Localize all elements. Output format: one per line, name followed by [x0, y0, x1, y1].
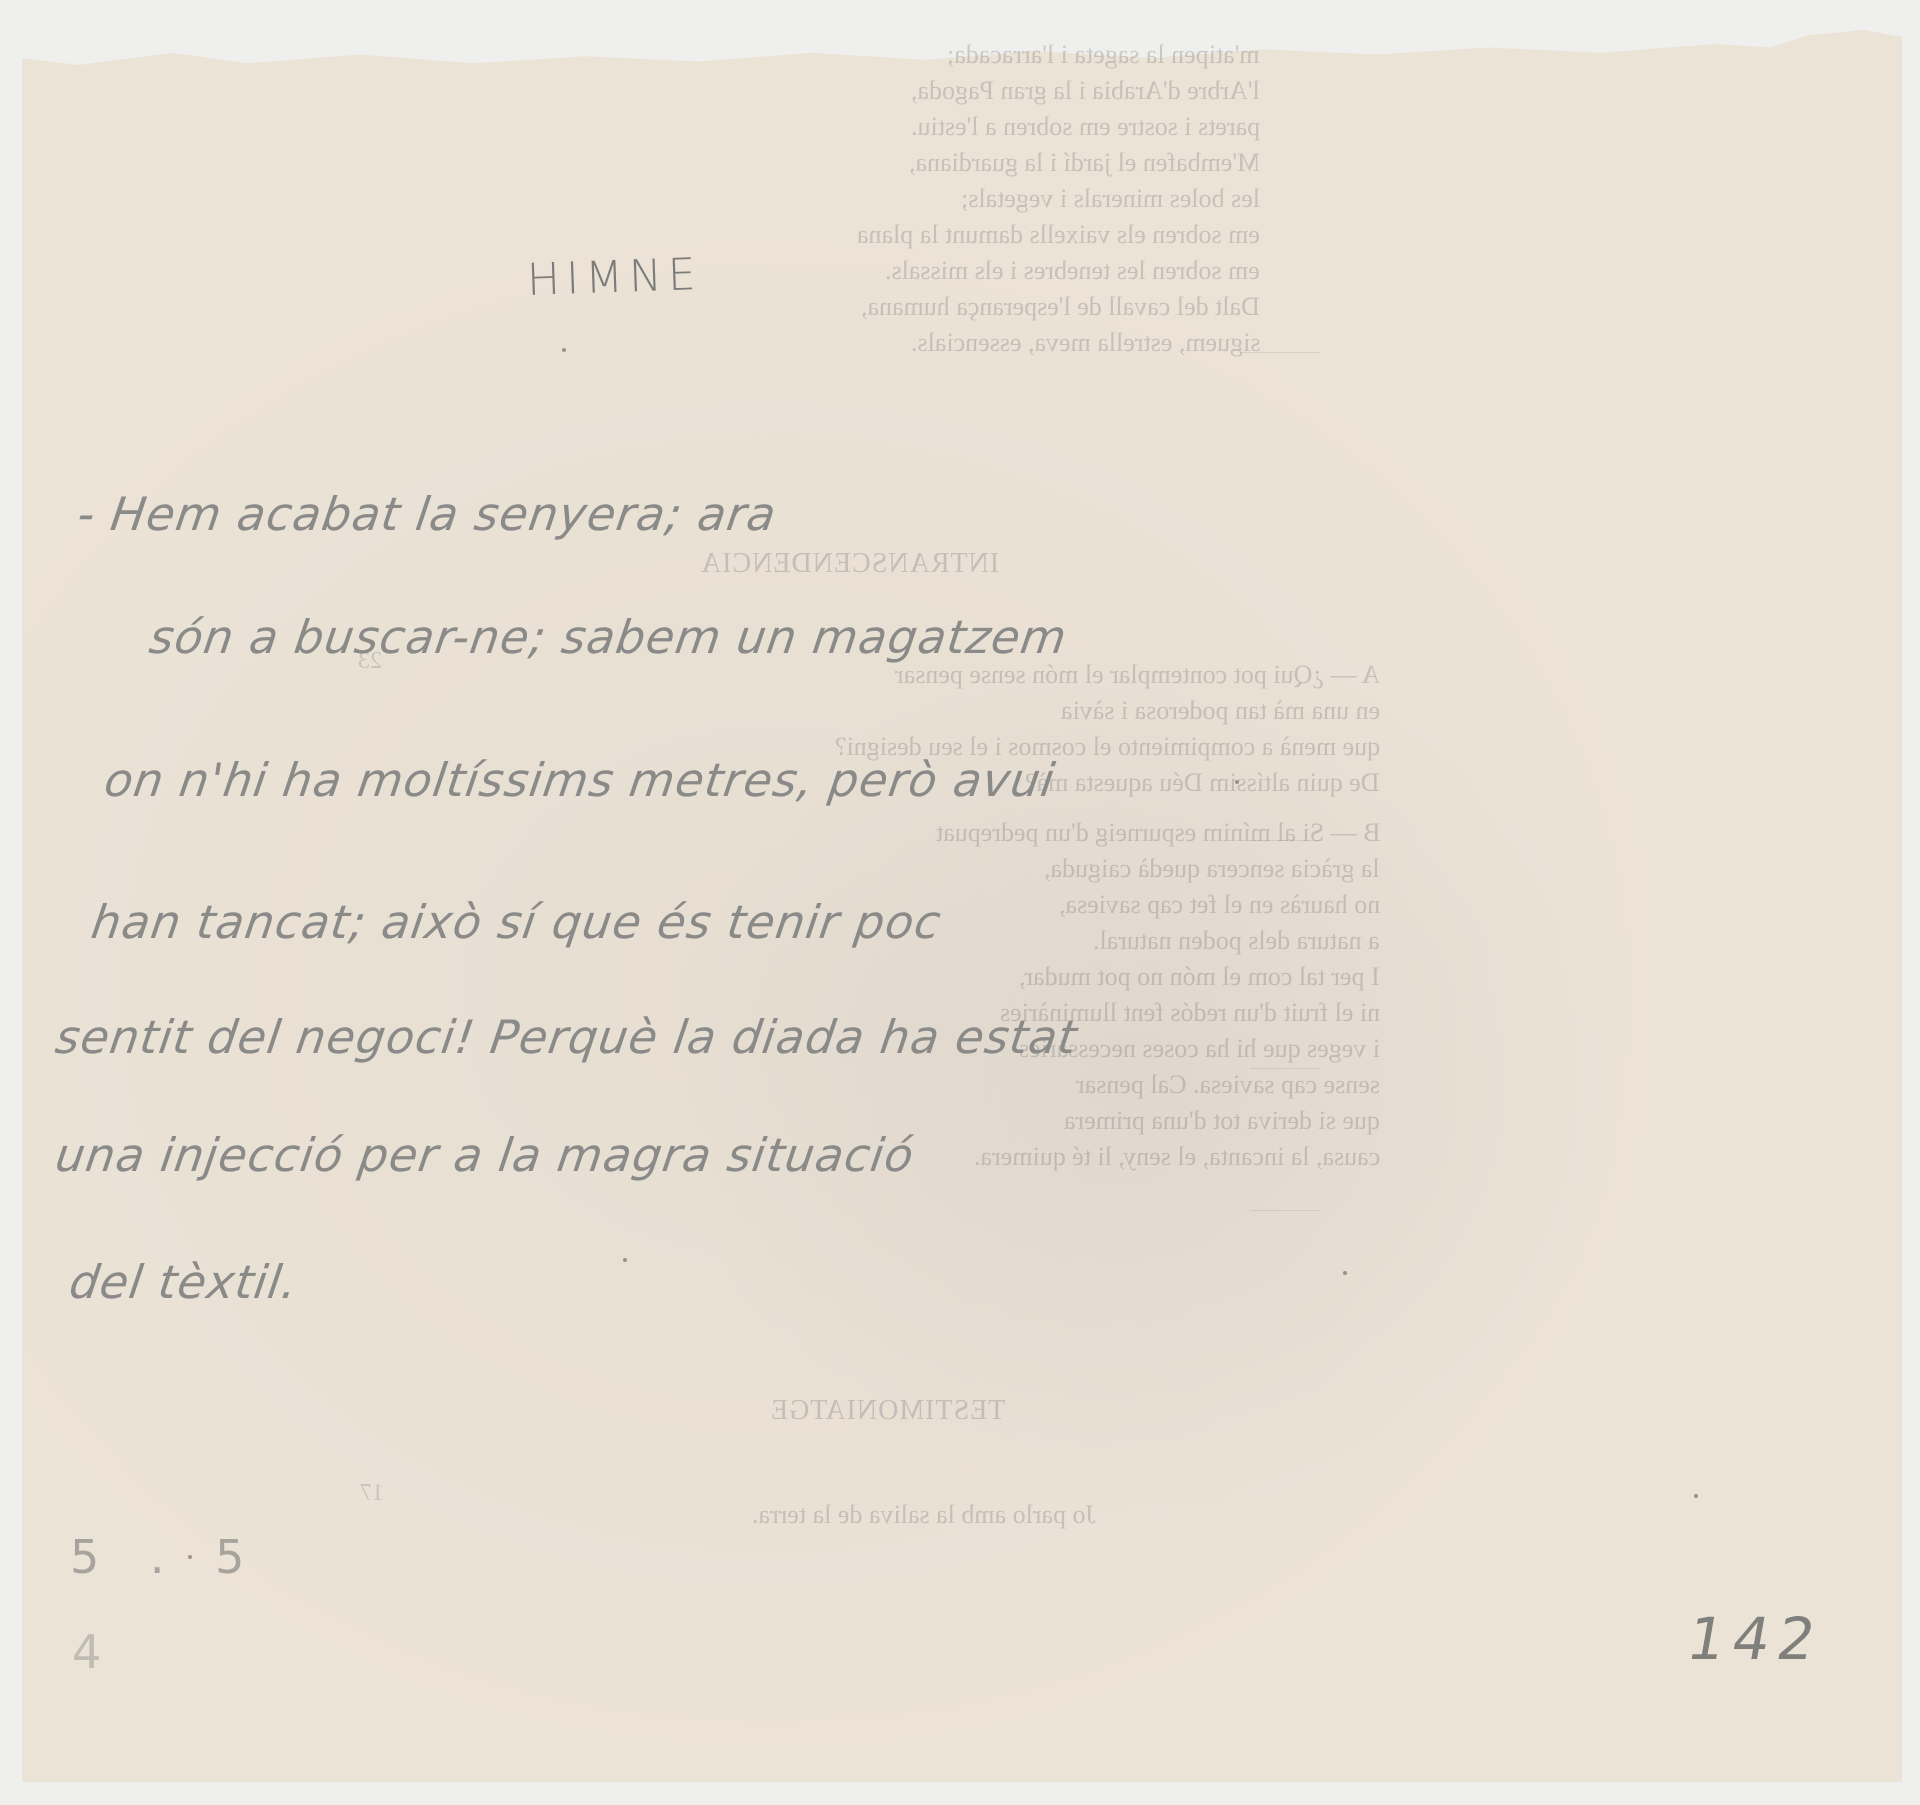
handwritten-line: on n'hi ha moltíssims metres, però avui: [101, 753, 1059, 807]
bleed-line: siguem, estrella meva, essencials.: [911, 328, 1260, 358]
bleed-line: a natura dels poden natural.: [1093, 926, 1380, 956]
bleed-line: em sobren les tenebres i els missals.: [885, 256, 1260, 286]
bleed-line: A — ¿Qui pot contemplar el món sense pen…: [895, 660, 1380, 690]
paper-speck: [188, 1555, 192, 1559]
paper-speck: [562, 348, 566, 352]
bleed-heading-1: INTRANSCENDENCIA: [700, 548, 999, 580]
bleed-line: sense cap saviesa. Cal pensar: [1076, 1070, 1380, 1100]
bleed-rule: [1250, 1068, 1320, 1069]
bleed-rule: [1250, 840, 1320, 841]
paper-speck: [1343, 1271, 1347, 1275]
handwritten-line: són a buscar-ne; sabem un magatzem: [146, 610, 1070, 664]
manuscript-title: HIMNE: [526, 249, 702, 306]
handwritten-line: han tancat; això sí que és tenir poc: [88, 895, 945, 949]
handwritten-line: una injecció per a la magra situació: [52, 1128, 918, 1182]
bleed-heading-2: TESTIMONIATGE: [770, 1395, 1005, 1427]
bleed-line: l'Arbre d'Arabia i la gran Pagoda,: [911, 76, 1260, 106]
paper-speck: [1235, 780, 1239, 784]
bleed-bottom-line: Jo parlo amb la saliva de la terra.: [752, 1500, 1096, 1530]
bleed-page-ref-2: 17: [360, 1480, 384, 1507]
bleed-line: em sobren els vaixells damunt la plana: [857, 220, 1260, 250]
bleed-line: causa, la incanta, el seny, li té quimer…: [974, 1142, 1380, 1172]
bleed-line: que si deriva tot d'una primera: [1064, 1106, 1380, 1136]
paper-speck: [623, 1258, 627, 1262]
bleed-line: en una mà tan poderosa i sàvia: [1061, 696, 1380, 726]
bleed-line: I per tal com el món no pot mudar,: [1019, 962, 1380, 992]
bleed-line: no hauràs en el fet cap saviesa,: [1059, 890, 1380, 920]
bleed-line: B — Si al mínim espurneig d'un pedrepuat: [936, 818, 1380, 848]
corner-mark-top: 5 . 5: [70, 1530, 262, 1584]
corner-mark-bottom: 4: [72, 1625, 101, 1679]
bleed-line: la gràcia sencera quedà caiguda,: [1044, 854, 1380, 884]
bleed-line: m'atipen la sageta i l'arracada;: [947, 40, 1260, 70]
bleed-line: De quin altíssim Déu aquesta mà?: [1025, 768, 1380, 798]
bleed-line: les boles minerals i vegetals;: [961, 184, 1260, 214]
handwritten-line: - Hem acabat la senyera; ara: [74, 487, 780, 541]
handwritten-line: del tèxtil.: [66, 1255, 301, 1309]
handwritten-line: sentit del negoci! Perquè la diada ha es…: [52, 1010, 1081, 1064]
bleed-rule: [1250, 1210, 1320, 1211]
paper-speck: [1694, 1494, 1698, 1498]
bleed-rule: [1240, 352, 1320, 353]
bleed-line: parets i sostre em sobren a l'estiu.: [911, 112, 1260, 142]
bleed-line: Dalt del cavall de l'esperança humana,: [861, 292, 1260, 322]
bleed-line: M'embafen el jardí i la guardiana,: [909, 148, 1260, 178]
page-number: 142: [1682, 1605, 1829, 1673]
